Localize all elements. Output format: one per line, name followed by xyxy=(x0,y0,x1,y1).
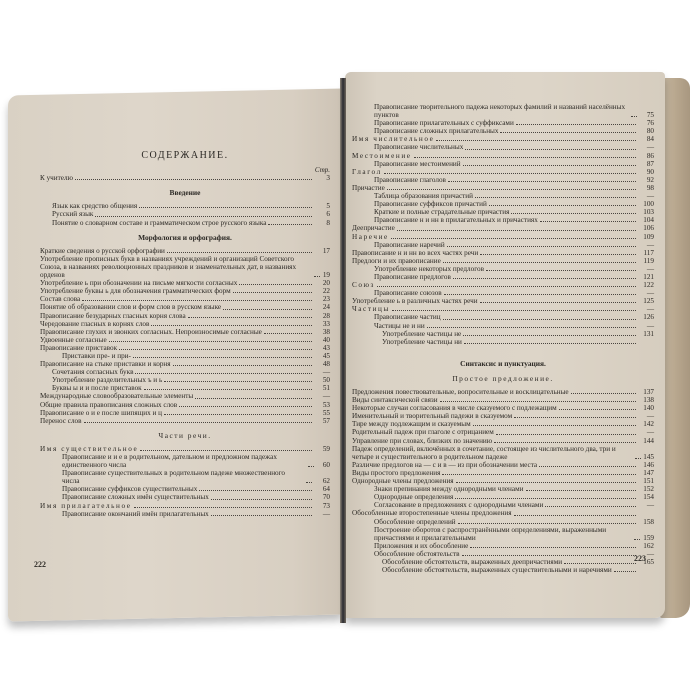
toc-entry: Употребление ь в различных частях речи12… xyxy=(352,297,654,305)
section-heading-introduction: Введение xyxy=(40,189,330,197)
dot-leader xyxy=(144,388,312,390)
toc-entry-page: 121 xyxy=(638,273,654,281)
toc-entry: Понятие об образовании слов и форм слов … xyxy=(40,303,330,311)
toc-entry-label: Деепричастие xyxy=(352,224,395,232)
dot-leader xyxy=(462,554,636,556)
toc-entry-label: Правописание окончаний имён прилагательн… xyxy=(62,510,209,518)
dot-leader xyxy=(392,309,636,311)
toc-entry-page: 104 xyxy=(638,216,654,224)
toc-entry-label: Различие предлогов на — с и в — из при о… xyxy=(352,461,537,469)
toc-entry-label: Буквы ы и и после приставок xyxy=(52,384,142,392)
toc-entry-label: Правописание суффиксов причастий xyxy=(374,200,487,208)
toc-entry-page: 20 xyxy=(314,279,330,287)
toc-entry-label: Именительный и творительный падежи в ска… xyxy=(352,412,512,420)
toc-entry-label: Правописание приставок xyxy=(40,344,117,352)
toc-entry-label: Обособление обстоятельств, выраженных су… xyxy=(382,566,612,574)
toc-entry-page: 48 xyxy=(314,360,330,368)
toc-entry-label: Правописание союзов xyxy=(374,289,442,297)
toc-entry-page: — xyxy=(314,510,330,518)
dot-leader xyxy=(397,229,636,231)
toc-entry-label: Удвоенные согласные xyxy=(40,336,107,344)
dot-leader xyxy=(634,538,640,540)
dot-leader xyxy=(458,522,636,524)
toc-entry-page: 51 xyxy=(314,384,330,392)
toc-entry-page: 131 xyxy=(638,330,654,338)
toc-entry-label: Причастие xyxy=(352,184,385,192)
toc-entry: Обособление обстоятельств, выраженных су… xyxy=(352,566,654,574)
toc-entry-label: Правописание на стыке приставки и корня xyxy=(40,360,171,368)
dot-leader xyxy=(473,424,636,426)
dot-leader xyxy=(75,178,312,180)
toc-entry: Построение оборотов с распространёнными … xyxy=(352,526,654,542)
toc-entry: Имя прилагательное73 xyxy=(40,502,330,510)
toc-list-introduction: Язык как средство общения5Русский язык6П… xyxy=(40,202,330,226)
toc-entry-page: 138 xyxy=(638,396,654,404)
dot-leader xyxy=(140,449,312,451)
dot-leader xyxy=(486,269,636,271)
toc-entry-label: Правописание глаголов xyxy=(374,176,446,184)
toc-entry: Употребление частицы не131 xyxy=(352,330,654,338)
dot-leader xyxy=(440,400,636,402)
page-column-header: Стр. xyxy=(40,166,330,174)
book-spine xyxy=(340,78,346,623)
toc-entry-page: 62 xyxy=(314,477,330,485)
dot-leader xyxy=(223,308,312,310)
toc-entry: Именительный и творительный падежи в ска… xyxy=(352,412,654,420)
toc-entry-label: Язык как средство общения xyxy=(52,202,137,210)
dot-leader xyxy=(463,334,636,336)
dot-leader xyxy=(387,188,636,190)
dot-leader xyxy=(540,220,636,222)
toc-entry-label: Правописание о и е после шипящих и ц xyxy=(40,409,162,417)
toc-entry-page: 73 xyxy=(314,502,330,510)
dot-leader xyxy=(164,380,312,382)
toc-entry-page: — xyxy=(638,322,654,330)
toc-entry: Правописание числительных— xyxy=(352,143,654,151)
toc-entry-page: 87 xyxy=(638,160,654,168)
toc-entry-label: Употребление буквы ь для обозначения гра… xyxy=(40,287,231,295)
toc-entry: Частицы— xyxy=(352,305,654,313)
toc-entry-label: Понятие о словарном составе и грамматиче… xyxy=(52,219,266,227)
toc-entry-page: 40 xyxy=(314,336,330,344)
dot-leader xyxy=(465,148,636,150)
toc-entry-label: Предложения повествовательные, вопросите… xyxy=(352,388,569,396)
toc-entry-page: 125 xyxy=(638,297,654,305)
toc-entry-label: К учителю xyxy=(40,174,73,182)
toc-entry: Правописание н и нн в прилагательных и п… xyxy=(352,216,654,224)
toc-entry: Однородные определения154 xyxy=(352,493,654,501)
dot-leader xyxy=(480,253,636,255)
toc-entry-page: 154 xyxy=(638,493,654,501)
toc-entry: Правописание союзов— xyxy=(352,289,654,297)
toc-entry-label: Общие правила правописания сложных слов xyxy=(40,401,177,409)
toc-list-morphology: Краткие сведения о русской орфографии17У… xyxy=(40,247,330,425)
dot-leader xyxy=(82,299,312,301)
toc-entry-label: Наречие xyxy=(352,233,389,241)
toc-list-syntax: Предложения повествовательные, вопросите… xyxy=(352,388,654,574)
toc-entry: Правописание творительного падежа некото… xyxy=(352,103,654,119)
dot-leader xyxy=(151,324,312,326)
toc-list-parts-of-speech: Имя существительное59Правописание и и е … xyxy=(40,445,330,518)
dot-leader xyxy=(470,546,636,548)
toc-entry-page: 43 xyxy=(314,344,330,352)
dot-leader xyxy=(135,372,312,374)
toc-entry-page: — xyxy=(638,305,654,313)
toc-entry: Употребление некоторых предлогов— xyxy=(352,265,654,273)
toc-entry: Управление при словах, близких по значен… xyxy=(352,437,654,445)
toc-entry-label: Международные словообразовательные элеме… xyxy=(40,392,193,400)
toc-entry-label: Правописание сложных прилагательных xyxy=(374,127,498,135)
toc-entry: Некоторые случаи согласования в числе ск… xyxy=(352,404,654,412)
toc-entry: Употребление буквы ь для обозначения гра… xyxy=(40,287,330,295)
toc-entry: Состав слова23 xyxy=(40,295,330,303)
dot-leader xyxy=(384,172,636,174)
toc-entry: Однородные члены предложения151 xyxy=(352,477,654,485)
toc-entry: Правописание сложных прилагательных80 xyxy=(352,127,654,135)
toc-entry: Различие предлогов на — с и в — из при о… xyxy=(352,461,654,469)
toc-entry: Глагол90 xyxy=(352,168,654,176)
toc-entry: Обособление обстоятельств— xyxy=(352,550,654,558)
toc-entry: Тире между подлежащим и сказуемым142 xyxy=(352,420,654,428)
toc-entry-label: Понятие об образовании слов и форм слов … xyxy=(40,303,221,311)
toc-list-intro: К учителю3 xyxy=(40,174,330,182)
toc-entry: Согласование в предложениях с однородным… xyxy=(352,501,654,509)
toc-entry: Предложения повествовательные, вопросите… xyxy=(352,388,654,396)
toc-entry: Правописание глухих и звонких согласных.… xyxy=(40,328,330,336)
dot-leader xyxy=(233,291,312,293)
left-page-content: СОДЕРЖАНИЕ. Стр. К учителю3 Введение Язы… xyxy=(40,152,330,518)
toc-entry-label: Чередование гласных в корнях слов xyxy=(40,320,149,328)
toc-entry-page: — xyxy=(638,428,654,436)
toc-entry-label: Частицы xyxy=(352,305,390,313)
dot-leader xyxy=(453,277,636,279)
dot-leader xyxy=(448,180,636,182)
toc-entry-label: Употребление ь при обозначении на письме… xyxy=(40,279,237,287)
dot-leader xyxy=(444,293,636,295)
toc-entry-page: — xyxy=(638,289,654,297)
section-heading-morphology: Морфология и орфография. xyxy=(40,234,330,242)
toc-entry: Имя существительное59 xyxy=(40,445,330,453)
dot-leader xyxy=(614,570,636,572)
toc-entry: Правописание приставок43 xyxy=(40,344,330,352)
dot-leader xyxy=(464,342,636,344)
dot-leader xyxy=(164,413,312,415)
toc-entry: К учителю3 xyxy=(40,174,330,182)
dot-leader xyxy=(179,405,312,407)
toc-entry-label: Виды синтаксической связи xyxy=(352,396,438,404)
dot-leader xyxy=(414,156,636,158)
toc-entry: Чередование гласных в корнях слов33 xyxy=(40,320,330,328)
toc-entry-page: 59 xyxy=(314,445,330,453)
toc-entry-label: Сочетания согласных букв xyxy=(52,368,133,376)
toc-entry-page: 117 xyxy=(638,249,654,257)
toc-entry-page: 86 xyxy=(638,152,654,160)
toc-entry-page: — xyxy=(638,412,654,420)
toc-entry: Употребление частицы ни xyxy=(352,338,654,346)
dot-leader xyxy=(133,356,312,358)
dot-leader xyxy=(443,318,636,320)
toc-entry-page: — xyxy=(638,265,654,273)
dot-leader xyxy=(391,237,636,239)
toc-entry-label: Русский язык xyxy=(52,210,93,218)
dot-leader xyxy=(442,473,636,475)
dot-leader xyxy=(306,481,312,483)
toc-entry-label: Таблица образования причастий xyxy=(374,192,473,200)
open-book: СОДЕРЖАНИЕ. Стр. К учителю3 Введение Язы… xyxy=(0,0,700,700)
toc-entry-page: 8 xyxy=(314,219,330,227)
toc-entry: Перенос слов57 xyxy=(40,417,330,425)
toc-entry: Правописание о и е после шипящих и ц55 xyxy=(40,409,330,417)
toc-entry-label: Управление при словах, близких по значен… xyxy=(352,437,492,445)
toc-entry-page: 23 xyxy=(314,295,330,303)
toc-entry-page: 19 xyxy=(322,271,330,279)
dot-leader xyxy=(526,489,637,491)
toc-entry: Краткие сведения о русской орфографии17 xyxy=(40,247,330,255)
toc-entry-page: 159 xyxy=(642,534,654,542)
toc-entry: Сочетания согласных букв— xyxy=(40,368,330,376)
toc-entry-page: 158 xyxy=(638,518,654,526)
toc-entry-label: Правописание наречий xyxy=(374,241,445,249)
toc-entry-page: 146 xyxy=(638,461,654,469)
toc-entry-page: — xyxy=(314,392,330,400)
toc-entry-page: 84 xyxy=(638,135,654,143)
toc-entry: Виды простого предложения147 xyxy=(352,469,654,477)
toc-entry-label: Глагол xyxy=(352,168,382,176)
toc-entry: Наречие109 xyxy=(352,233,654,241)
toc-entry-page: 92 xyxy=(638,176,654,184)
toc-entry-page: 137 xyxy=(638,388,654,396)
toc-entry-label: Перенос слов xyxy=(40,417,82,425)
toc-entry-label: Правописание частиц xyxy=(374,313,441,321)
toc-entry: Таблица образования причастий— xyxy=(352,192,654,200)
toc-entry-label: Союз xyxy=(352,281,375,289)
dot-leader xyxy=(447,245,636,247)
right-page-content: Правописание творительного падежа некото… xyxy=(352,103,654,574)
toc-entry-label: Частицы не и ни xyxy=(374,322,425,330)
toc-entry-label: Некоторые случаи согласования в числе ск… xyxy=(352,404,557,412)
dot-leader xyxy=(455,497,636,499)
toc-entry-label: Правописание местоимений xyxy=(374,160,461,168)
dot-leader xyxy=(480,301,636,303)
dot-leader xyxy=(489,204,636,206)
toc-entry: Имя числительное84 xyxy=(352,135,654,143)
toc-entry-label: Правописание суффиксов существительных xyxy=(62,485,197,493)
toc-entry-page: 50 xyxy=(314,376,330,384)
toc-entry: Правописание н и нн во всех частях речи1… xyxy=(352,249,654,257)
toc-entry: Виды синтаксической связи138 xyxy=(352,396,654,404)
dot-leader xyxy=(514,416,636,418)
toc-entry: Местоимение86 xyxy=(352,152,654,160)
toc-entry: Правописание местоимений87 xyxy=(352,160,654,168)
toc-entry-page: 55 xyxy=(314,409,330,417)
toc-entry: Употребление разделительных ъ и ь50 xyxy=(40,376,330,384)
dot-leader xyxy=(539,465,636,467)
toc-entry-page: 5 xyxy=(314,202,330,210)
toc-entry: Правописание суффиксов существительных64 xyxy=(40,485,330,493)
dot-leader xyxy=(211,498,312,500)
toc-entry-page: 162 xyxy=(638,542,654,550)
toc-entry: Правописание глаголов92 xyxy=(352,176,654,184)
toc-entry-page: 126 xyxy=(638,313,654,321)
toc-entry-label: Виды простого предложения xyxy=(352,469,440,477)
dot-leader xyxy=(475,196,636,198)
toc-entry: Удвоенные согласные40 xyxy=(40,336,330,344)
toc-entry-page: 60 xyxy=(316,461,330,469)
toc-entry-page: 144 xyxy=(638,437,654,445)
dot-leader xyxy=(494,441,636,443)
toc-entry-label: Состав слова xyxy=(40,295,80,303)
toc-entry-label: Предлоги и их правописание xyxy=(352,257,441,265)
toc-entry-label: Употребление ь в различных частях речи xyxy=(352,297,478,305)
toc-entry-label: Обособленные второстепенные члены предло… xyxy=(352,509,512,517)
toc-entry-page: 22 xyxy=(314,287,330,295)
toc-entry: Частицы не и ни— xyxy=(352,322,654,330)
toc-entry: Обособленные второстепенные члены предло… xyxy=(352,509,654,517)
dot-leader xyxy=(559,408,636,410)
toc-entry-label: Имя числительное xyxy=(352,135,434,143)
toc-entry-label: Правописание н и нн во всех частях речи xyxy=(352,249,478,257)
toc-entry-label: Краткие сведения о русской орфографии xyxy=(40,247,165,255)
toc-entry-page: 24 xyxy=(314,303,330,311)
dot-leader xyxy=(514,514,636,516)
toc-entry-label: Правописание творительного падежа некото… xyxy=(374,103,629,119)
toc-entry-label: Родительный падеж при глаголе с отрицани… xyxy=(352,428,494,436)
dot-leader xyxy=(264,332,312,334)
dot-leader xyxy=(195,397,312,399)
dot-leader xyxy=(308,465,314,467)
toc-list-continued: Правописание творительного падежа некото… xyxy=(352,103,654,346)
dot-leader xyxy=(500,131,636,133)
dot-leader xyxy=(211,514,312,516)
toc-entry: Буквы ы и и после приставок51 xyxy=(40,384,330,392)
toc-entry-label: Приставки пре- и при- xyxy=(62,352,131,360)
toc-title: СОДЕРЖАНИЕ. xyxy=(40,152,330,160)
toc-entry-page: 28 xyxy=(314,312,330,320)
dot-leader xyxy=(427,326,636,328)
toc-entry-label: Обособление обстоятельств, выраженных де… xyxy=(382,558,562,566)
toc-entry: Понятие о словарном составе и грамматиче… xyxy=(40,219,330,227)
dot-leader xyxy=(314,275,320,277)
toc-entry: Правописание суффиксов причастий100 xyxy=(352,200,654,208)
toc-entry-page: 75 xyxy=(639,111,654,119)
dot-leader xyxy=(496,433,636,435)
toc-entry: Предлоги и их правописание119 xyxy=(352,257,654,265)
dot-leader xyxy=(84,421,312,423)
toc-entry-label: Согласование в предложениях с однородным… xyxy=(374,501,543,509)
toc-entry-label: Правописание безударных гласных корня сл… xyxy=(40,312,186,320)
dot-leader xyxy=(571,392,636,394)
toc-entry-page: 151 xyxy=(638,477,654,485)
left-page-number: 222 xyxy=(34,560,46,569)
toc-entry: Правописание окончаний имён прилагательн… xyxy=(40,510,330,518)
toc-entry: Деепричастие106 xyxy=(352,224,654,232)
toc-entry-page: 140 xyxy=(638,404,654,412)
toc-entry-label: Тире между подлежащим и сказуемым xyxy=(352,420,471,428)
toc-entry: Союз122 xyxy=(352,281,654,289)
toc-entry: Международные словообразовательные элеме… xyxy=(40,392,330,400)
dot-leader xyxy=(199,489,312,491)
toc-entry-page: 57 xyxy=(314,417,330,425)
toc-entry-page: 70 xyxy=(314,493,330,501)
toc-entry-page: 90 xyxy=(638,168,654,176)
dot-leader xyxy=(95,215,312,217)
toc-entry-label: Обособление определений xyxy=(374,518,456,526)
toc-entry: Общие правила правописания сложных слов5… xyxy=(40,401,330,409)
toc-entry-label: Местоимение xyxy=(352,152,412,160)
toc-entry-page: 53 xyxy=(314,401,330,409)
toc-entry-page: 6 xyxy=(314,210,330,218)
toc-entry-page: 80 xyxy=(638,127,654,135)
toc-entry: Правописание наречий— xyxy=(352,241,654,249)
dot-leader xyxy=(631,115,637,117)
toc-entry-page: 122 xyxy=(638,281,654,289)
toc-entry: Правописание безударных гласных корня сл… xyxy=(40,312,330,320)
toc-entry-page: 76 xyxy=(638,119,654,127)
section-heading-parts-of-speech: Части речи. xyxy=(40,432,330,440)
toc-entry-label: Правописание предлогов xyxy=(374,273,451,281)
dot-leader xyxy=(239,283,312,285)
toc-entry-page: — xyxy=(638,192,654,200)
toc-entry: Правописание на стыке приставки и корня4… xyxy=(40,360,330,368)
toc-entry-label: Употребление частицы не xyxy=(382,330,461,338)
toc-entry-page: 33 xyxy=(314,320,330,328)
toc-entry-page: — xyxy=(638,501,654,509)
toc-entry-page: 3 xyxy=(314,174,330,182)
toc-entry: Правописание сложных имён существительны… xyxy=(40,493,330,501)
dot-leader xyxy=(635,457,641,459)
toc-entry: Приставки пре- и при-45 xyxy=(40,352,330,360)
toc-entry-page: 145 xyxy=(643,453,654,461)
toc-entry-label: Краткие и полные страдательные причастия xyxy=(374,208,509,216)
toc-entry-label: Однородные члены предложения xyxy=(352,477,454,485)
toc-entry-label: Употребление прописных букв в названиях … xyxy=(40,255,312,279)
dot-leader xyxy=(167,251,312,253)
toc-entry: Правописание предлогов121 xyxy=(352,273,654,281)
toc-entry: Правописание существительных в родительн… xyxy=(40,469,330,485)
right-page-number: 223 xyxy=(634,554,646,563)
toc-entry: Обособление определений158 xyxy=(352,518,654,526)
toc-entry: Родительный падеж при глаголе с отрицани… xyxy=(352,428,654,436)
toc-entry: Употребление ь при обозначении на письме… xyxy=(40,279,330,287)
toc-entry-label: Правописание существительных в родительн… xyxy=(62,469,304,485)
toc-entry-label: Падеж определений, включённых в сочетани… xyxy=(352,445,633,461)
toc-entry-label: Правописание н и нн в прилагательных и п… xyxy=(374,216,538,224)
toc-entry-page: — xyxy=(638,241,654,249)
dot-leader xyxy=(456,481,636,483)
dot-leader xyxy=(377,285,636,287)
toc-entry-page: 45 xyxy=(314,352,330,360)
toc-entry-label: Правописание прилагательных с суффиксами xyxy=(374,119,514,127)
toc-entry: Знаки препинания между однородными члена… xyxy=(352,485,654,493)
toc-entry: Правописание частиц126 xyxy=(352,313,654,321)
toc-entry: Русский язык6 xyxy=(40,210,330,218)
toc-entry-label: Употребление частицы ни xyxy=(382,338,462,346)
dot-leader xyxy=(511,212,636,214)
toc-entry: Обособление обстоятельств, выраженных де… xyxy=(352,558,654,566)
toc-entry-page: 152 xyxy=(638,485,654,493)
dot-leader xyxy=(436,139,636,141)
toc-entry-page: 109 xyxy=(638,233,654,241)
toc-entry-page: 103 xyxy=(638,208,654,216)
toc-entry-label: Однородные определения xyxy=(374,493,453,501)
section-heading-syntax: Синтаксис и пунктуация. xyxy=(352,360,654,368)
toc-entry-label: Имя существительное xyxy=(40,445,138,453)
toc-entry: Язык как средство общения5 xyxy=(40,202,330,210)
toc-entry-label: Приложения и их обособление xyxy=(374,542,468,550)
toc-entry-label: Употребление некоторых предлогов xyxy=(374,265,484,273)
toc-entry-label: Знаки препинания между однородными члена… xyxy=(374,485,524,493)
dot-leader xyxy=(545,505,636,507)
